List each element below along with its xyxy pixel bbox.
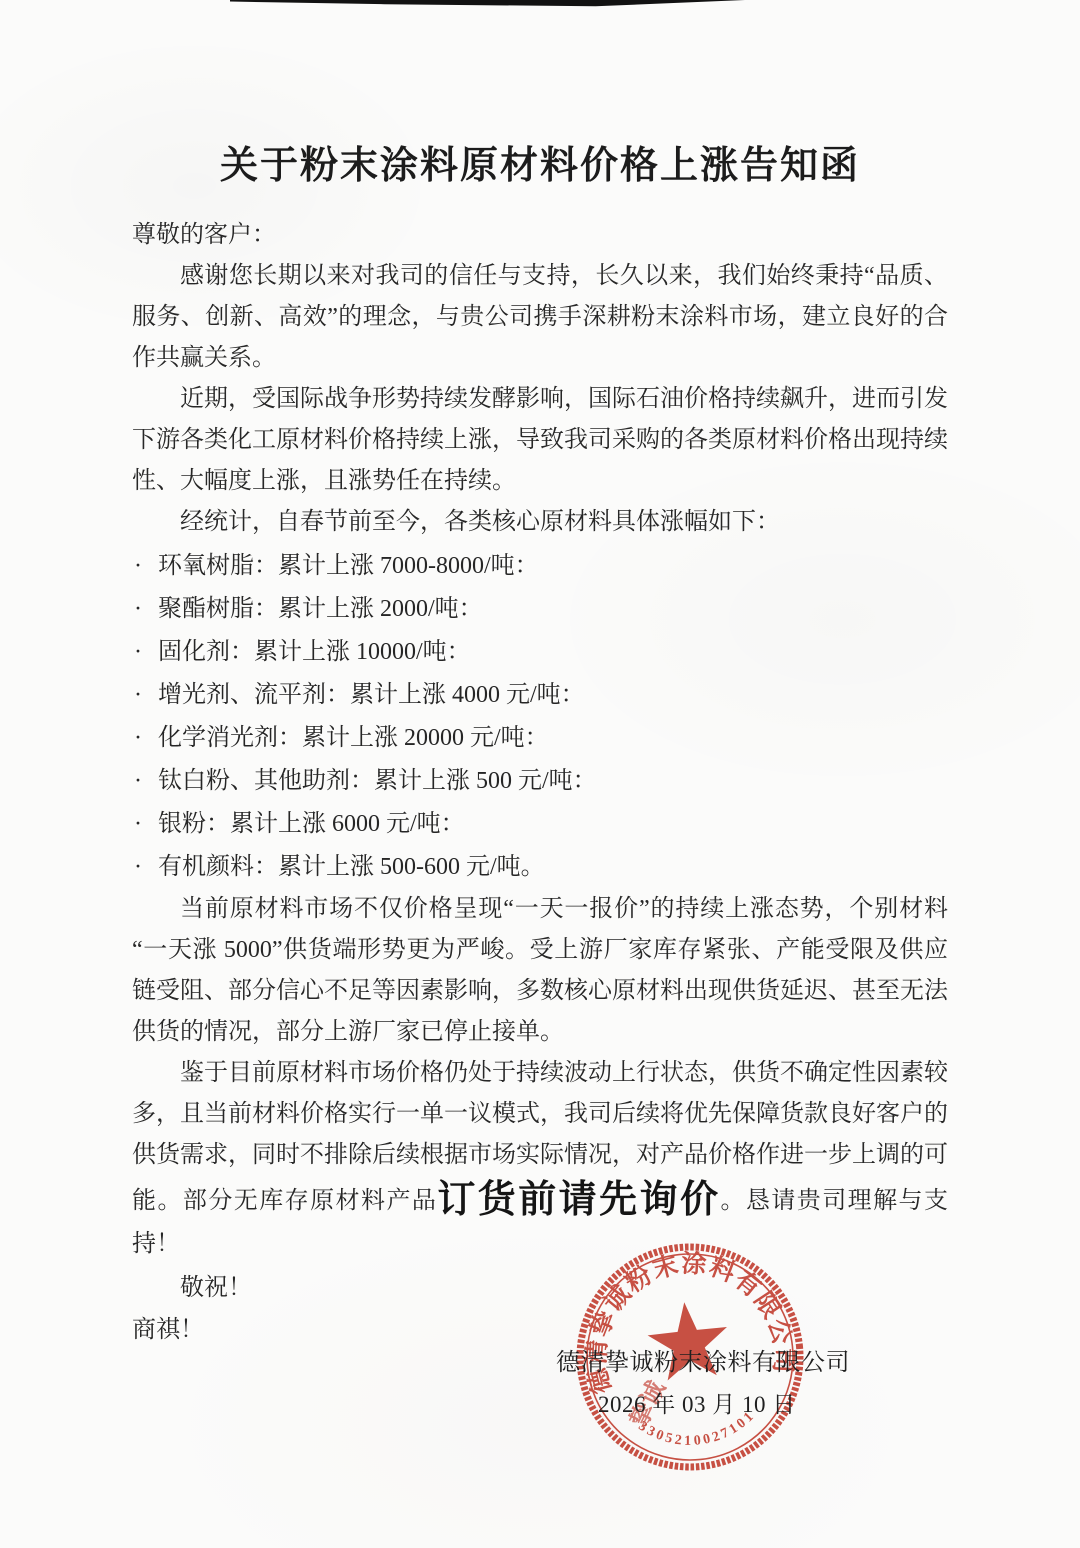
price-item: ·有机颜料：累计上涨 500-600 元/吨。 [132,846,948,889]
signature-company-name: 德清挚诚粉末涂料有限公司 [556,1342,850,1377]
scanned-letter-page: 关于粉末涂料原材料价格上涨告知函 尊敬的客户： 感谢您长期以来对我司的信任与支持… [0,0,1080,1548]
price-item-text: 增光剂、流平剂：累计上涨 4000 元/吨： [158,682,585,708]
price-item: ·增光剂、流平剂：累计上涨 4000 元/吨： [132,674,948,717]
price-item-text: 固化剂：累计上涨 10000/吨： [158,639,471,665]
price-item-text: 有机颜料：累计上涨 500-600 元/吨。 [158,854,545,880]
body-paragraph-4: 当前原材料市场不仅价格呈现“一天一报价”的持续上涨态势，个别材料“一天涨 500… [132,889,948,1053]
price-item-text: 钛白粉、其他助剂：累计上涨 500 元/吨： [158,768,597,794]
body-paragraph-1: 感谢您长期以来对我司的信任与支持，长久以来，我们始终秉持“品质、服务、创新、高效… [132,256,948,379]
price-item: ·化学消光剂：累计上涨 20000 元/吨： [132,717,948,760]
bullet-dot-icon: · [134,674,142,717]
price-item: ·聚酯树脂：累计上涨 2000/吨： [132,588,948,631]
bullet-dot-icon: · [134,846,142,889]
price-item-text: 银粉：累计上涨 6000 元/吨： [158,811,465,837]
scan-artifact-line [230,0,745,7]
price-item-text: 环氧树脂：累计上涨 7000-8000/吨： [158,553,539,579]
price-item: ·固化剂：累计上涨 10000/吨： [132,631,948,674]
signature-date: 2026 年 03 月 10 日 [598,1386,796,1419]
closing-wish-line: 敬祝！ [132,1267,948,1309]
bullet-dot-icon: · [134,545,142,588]
bullet-dot-icon: · [134,588,142,631]
price-item: ·环氧树脂：累计上涨 7000-8000/吨： [132,545,948,588]
inquire-before-order-emphasis: 订货前请先询价 [437,1179,720,1221]
letter-body: 关于粉末涂料原材料价格上涨告知函 尊敬的客户： 感谢您长期以来对我司的信任与支持… [132,142,948,1351]
price-item: ·银粉：累计上涨 6000 元/吨： [132,803,948,846]
body-paragraph-5: 鉴于目前原材料市场价格仍处于持续波动上行状态，供货不确定性因素较多，且当前材料价… [132,1053,948,1265]
body-paragraph-2: 近期，受国际战争形势持续发酵影响，国际石油价格持续飙升，进而引发下游各类化工原材… [132,379,948,502]
price-increase-list: ·环氧树脂：累计上涨 7000-8000/吨： ·聚酯树脂：累计上涨 2000/… [132,545,948,889]
document-title: 关于粉末涂料原材料价格上涨告知函 [132,142,948,190]
bullet-dot-icon: · [134,717,142,760]
price-item-text: 化学消光剂：累计上涨 20000 元/吨： [158,725,549,751]
salutation: 尊敬的客户： [132,214,948,256]
bullet-dot-icon: · [134,803,142,846]
bullet-dot-icon: · [134,631,142,674]
body-paragraph-3: 经统计，自春节前至今，各类核心原材料具体涨幅如下： [132,502,948,543]
price-item: ·钛白粉、其他助剂：累计上涨 500 元/吨： [132,760,948,803]
price-item-text: 聚酯树脂：累计上涨 2000/吨： [158,596,483,622]
bullet-dot-icon: · [134,760,142,803]
